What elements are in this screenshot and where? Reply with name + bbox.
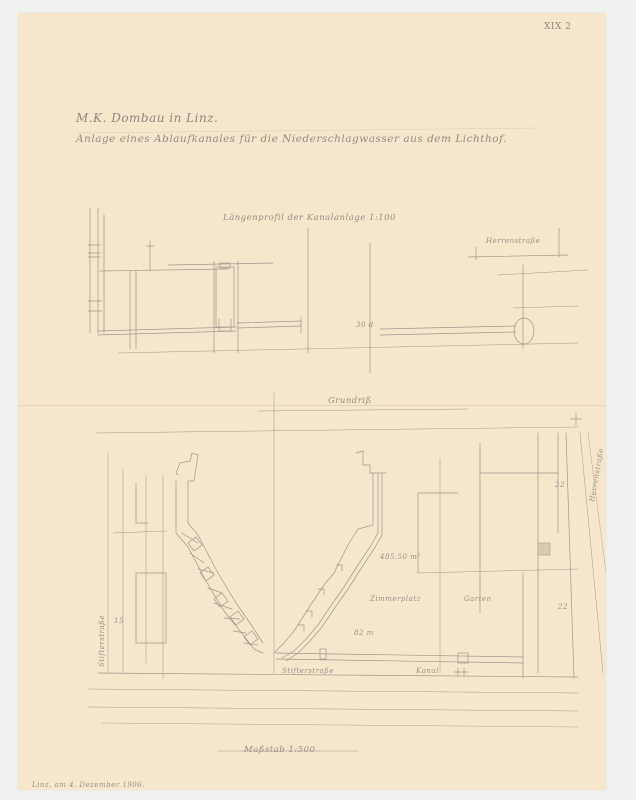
plan-heading: Grundriß [328, 396, 372, 406]
sheet-reference: XIX 2 [544, 22, 571, 32]
site-plan [88, 393, 606, 727]
garden-label: Garten [464, 595, 492, 603]
street-left-label: Stifterstraße [98, 615, 106, 667]
yard-label: Zimmerplatz [370, 595, 421, 603]
level-label: 30 d [356, 321, 374, 329]
scale-label: Maßstab 1:500 [244, 745, 315, 755]
title-line-2: Anlage eines Ablaufkanales für die Niede… [76, 133, 507, 145]
longitudinal-section [88, 208, 588, 373]
footer-signature: Linz, am 4. Dezember 1906. [32, 781, 145, 789]
drawing-sheet: XIX 2 M.K. Dombau in Linz. Anlage eines … [18, 13, 606, 790]
length-label: 82 m [354, 629, 374, 637]
street-bottom-label: Stifterstraße [282, 667, 334, 675]
lot-number-4: 22 [558, 603, 568, 611]
lot-number-3: 22 [555, 481, 565, 489]
street-label-section: Herrenstraße [486, 237, 540, 245]
lot-number-1: 15 [114, 617, 124, 625]
title-line-1: M.K. Dombau in Linz. [76, 111, 218, 125]
area-label: 485.50 m² [380, 553, 421, 561]
section-heading: Längenprofil der Kanalanlage 1:100 [223, 213, 396, 223]
canal-label: Kanal [416, 667, 439, 675]
